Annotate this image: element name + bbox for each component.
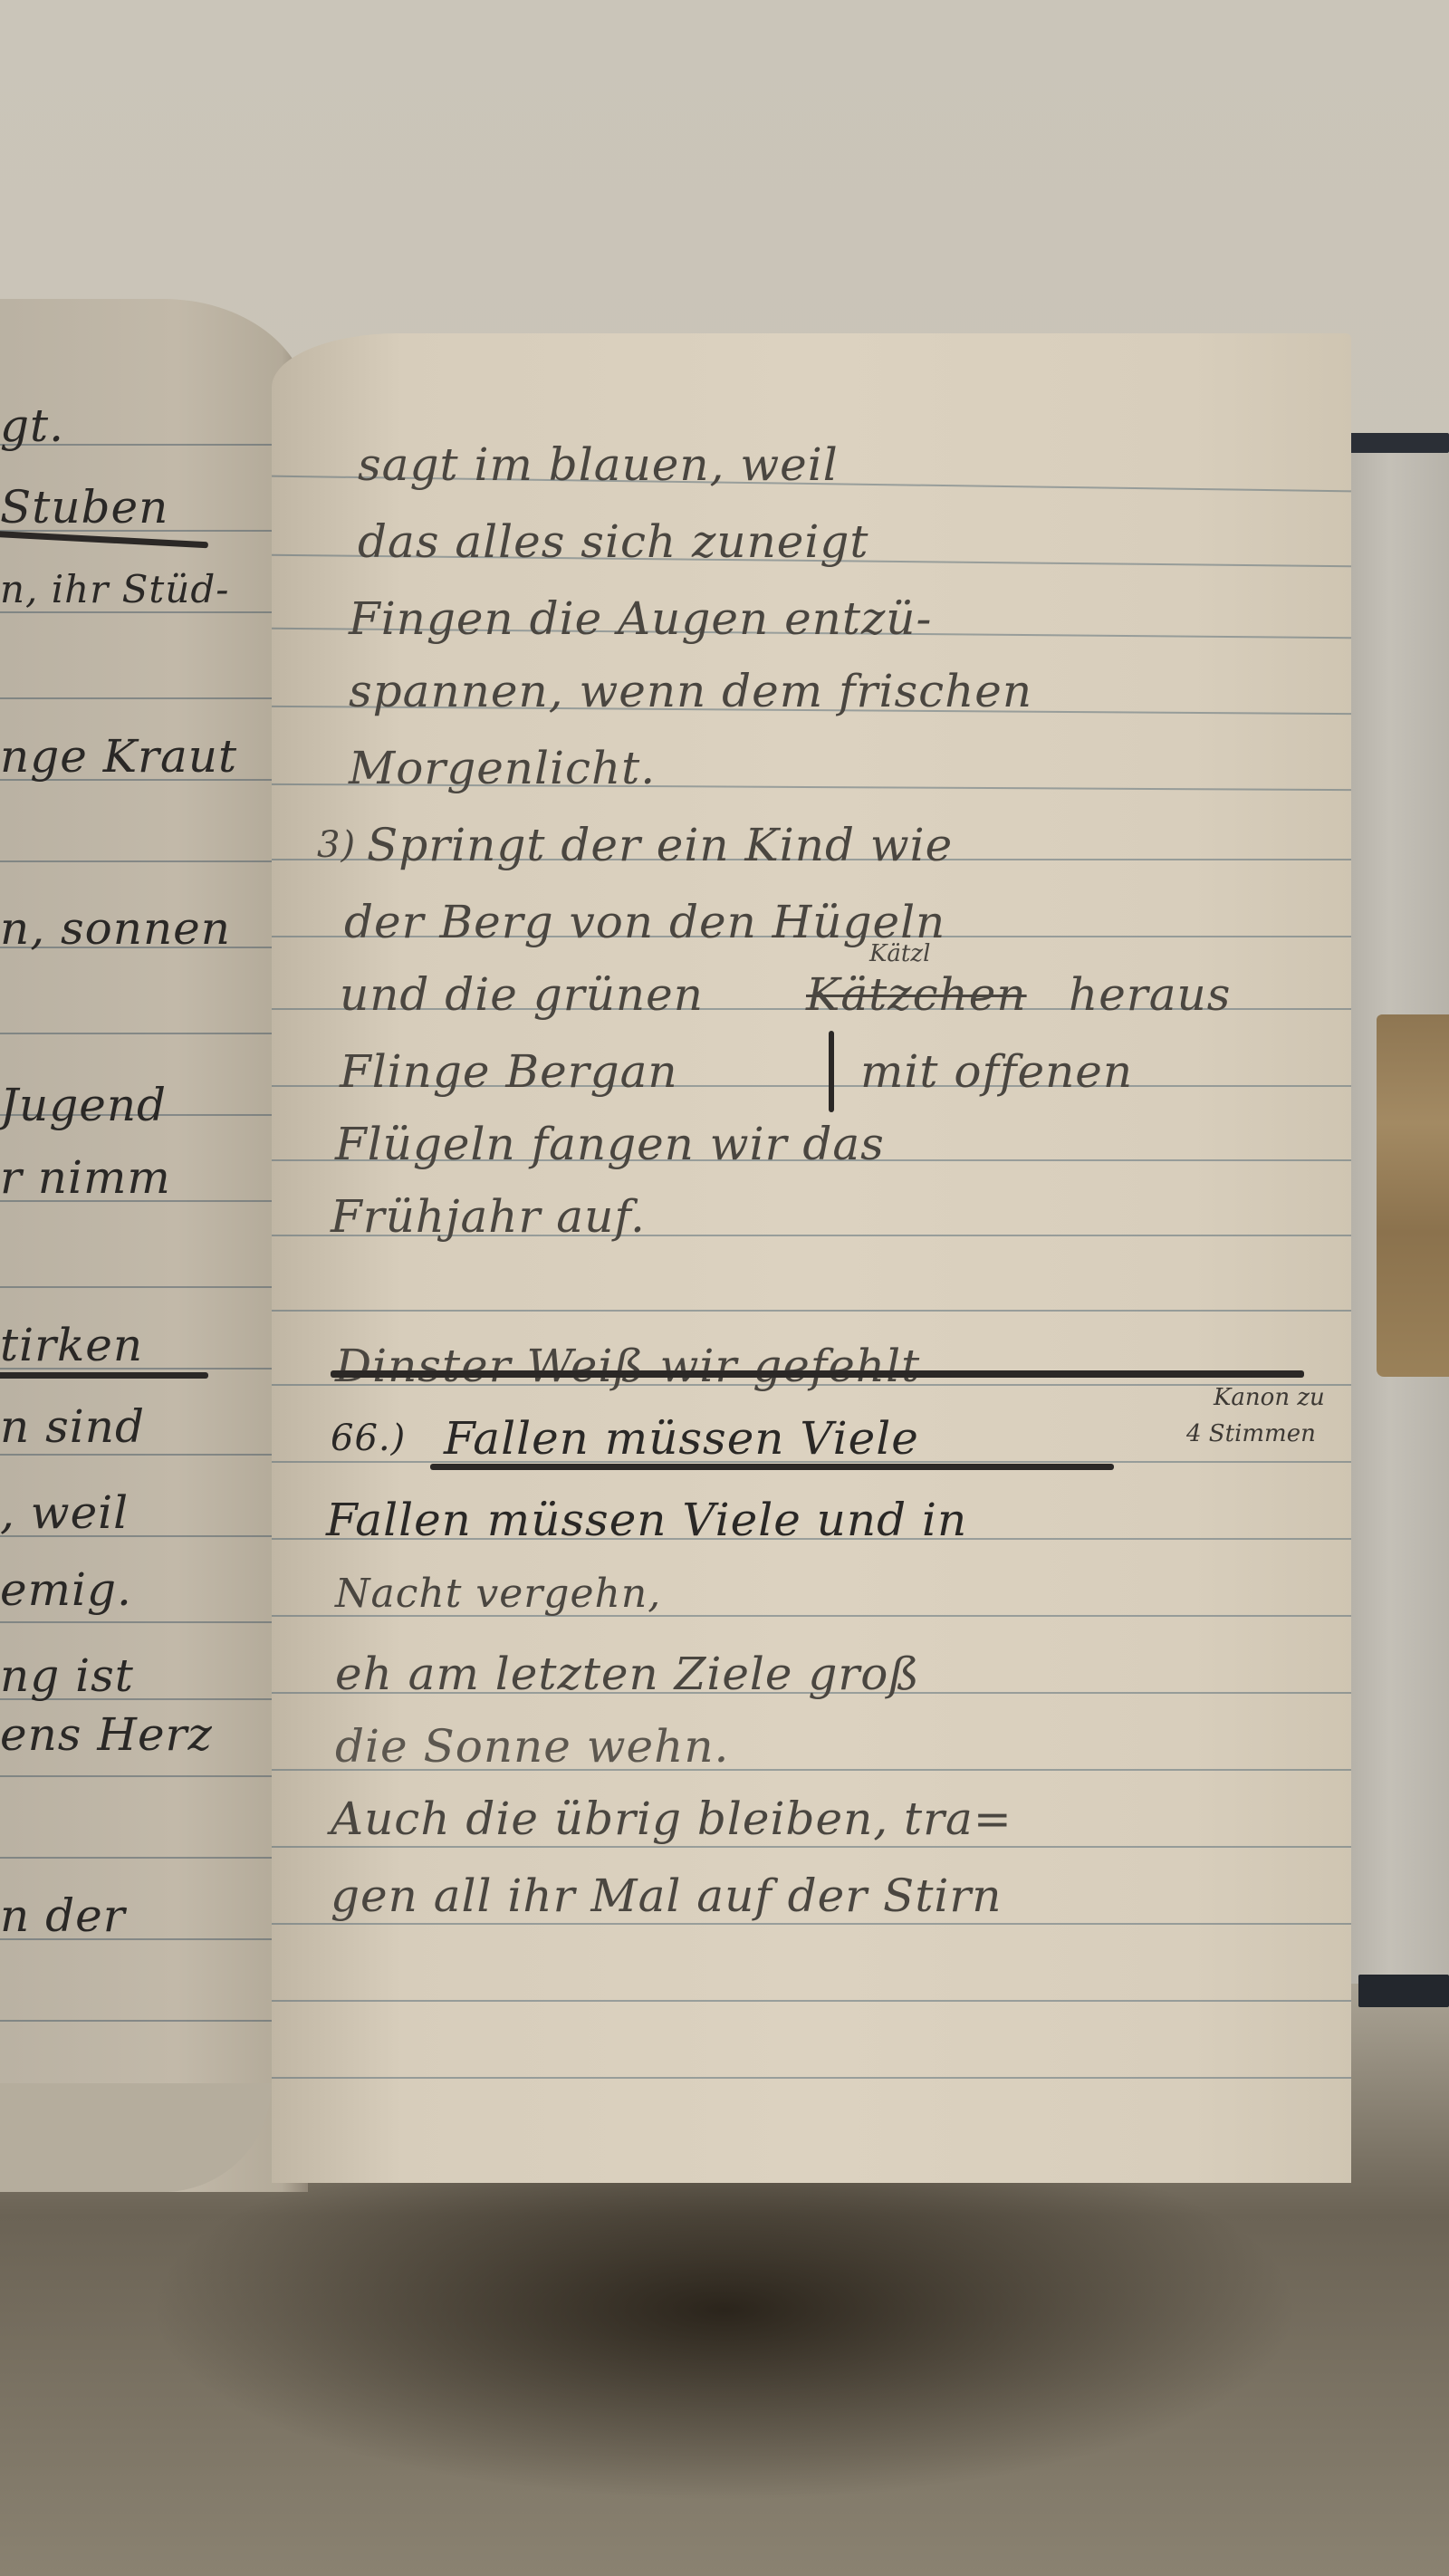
verse-divider (829, 1031, 834, 1112)
song-number: 66.) (331, 1420, 406, 1456)
poem-line: sagt im blauen, weil (358, 442, 839, 487)
left-line: nge Kraut (0, 734, 237, 779)
left-line: gt. (0, 403, 64, 448)
ruled-line (0, 1621, 308, 1623)
ruled-line (272, 1923, 1351, 1925)
ruled-line (0, 1775, 308, 1777)
poem-line: Flügeln fangen wir das (335, 1121, 885, 1167)
stanza-number: 3) (317, 827, 356, 863)
ruled-line (272, 2000, 1351, 2002)
ruled-line (0, 1857, 308, 1859)
left-line: n, sonnen (0, 906, 231, 951)
left-line: ens Herz (0, 1712, 213, 1757)
left-line: n der (0, 1893, 126, 1938)
song-title: Fallen müssen Viele (444, 1416, 919, 1461)
ruled-line (0, 1286, 308, 1288)
strike-through-line (331, 1370, 1304, 1378)
left-line: emig. (0, 1567, 132, 1612)
poem-line: spannen, wenn dem frischen (349, 668, 1032, 714)
poem-line: das alles sich zuneigt (358, 519, 868, 564)
struck-heading: Dinster Weiß wir gefehlt (335, 1343, 920, 1389)
ruled-line (272, 2077, 1351, 2079)
left-line: Jugend (0, 1082, 167, 1128)
poem-line: mit offenen (860, 1049, 1133, 1094)
left-line-heading: tirken (0, 1322, 143, 1368)
song-line: gen all ihr Mal auf der Stirn (331, 1873, 1003, 1918)
poem-line: Frühjahr auf. (331, 1194, 646, 1239)
poem-line: der Berg von den Hügeln (344, 899, 945, 945)
left-line-heading: Stuben (0, 485, 168, 530)
ruled-line (272, 1310, 1351, 1312)
song-line: eh am letzten Ziele groß (335, 1651, 920, 1697)
song-line: die Sonne wehn. (335, 1724, 729, 1769)
cover-binding-top (1347, 433, 1449, 453)
repair-tape-patch (1377, 1014, 1449, 1377)
ruled-line (0, 611, 308, 613)
struck-word: Kätzchen (806, 972, 1027, 1017)
poem-line: Morgenlicht. (349, 745, 656, 791)
ruled-line (0, 2020, 308, 2022)
ruled-line (0, 1454, 308, 1456)
correction-insert: Kätzl (869, 940, 930, 967)
song-line: Fallen müssen Viele und in (326, 1497, 967, 1543)
song-line: Auch die übrig bleiben, tra= (331, 1796, 1012, 1841)
cover-binding-bottom (1358, 1975, 1449, 2007)
left-line: ng ist (0, 1653, 134, 1698)
ruled-line (272, 1846, 1351, 1848)
ruled-line (0, 697, 308, 699)
song-line: Nacht vergehn, (335, 1574, 661, 1614)
heading-underline (0, 1372, 208, 1379)
song-note-kanon: Kanon zu (1214, 1384, 1325, 1411)
right-page: sagt im blauen, weil das alles sich zune… (272, 333, 1351, 2183)
poem-line: und die grünen (340, 972, 704, 1017)
left-line: n, ihr Stüd- (0, 571, 229, 609)
ruled-line (0, 1033, 308, 1034)
left-line: , weil (0, 1490, 129, 1535)
left-line: n sind (0, 1404, 145, 1449)
left-page: gt. Stuben n, ihr Stüd- nge Kraut n, son… (0, 299, 308, 2192)
title-underline (430, 1464, 1114, 1470)
poem-line: heraus (1069, 972, 1231, 1017)
poem-line: Flinge Bergan (340, 1049, 678, 1094)
song-note-voices: 4 Stimmen (1186, 1420, 1316, 1447)
poem-line: Springt der ein Kind wie (367, 822, 953, 868)
left-line: r nimm (0, 1155, 171, 1200)
poem-line: Fingen die Augen entzü- (349, 596, 932, 641)
ruled-line (0, 860, 308, 862)
